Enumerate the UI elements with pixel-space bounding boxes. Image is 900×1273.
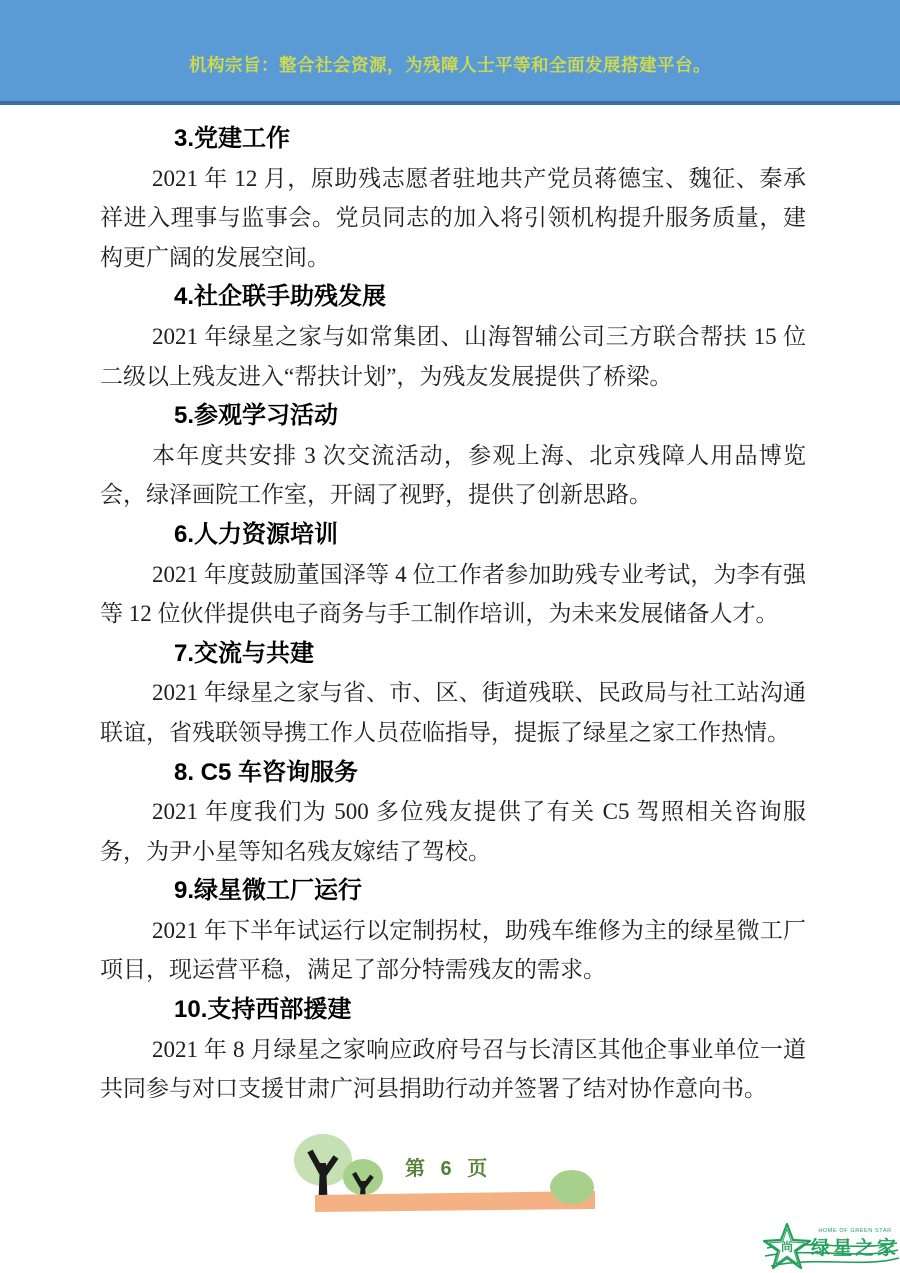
section-heading: 10.支持西部援建: [100, 990, 806, 1030]
section-heading: 4.社企联手助残发展: [100, 277, 806, 317]
section-study-visits: 5.参观学习活动 本年度共安排 3 次交流活动，参观上海、北京残障人用品博览会，…: [100, 396, 806, 515]
star-glyph: 尚: [781, 1239, 793, 1254]
section-heading: 7.交流与共建: [100, 634, 806, 674]
section-paragraph: 2021 年下半年试运行以定制拐杖，助残车维修为主的绿星微工厂项目，现运营平稳，…: [100, 911, 806, 990]
section-paragraph: 2021 年度鼓励董国泽等 4 位工作者参加助残专业考试，为李有强等 12 位伙…: [100, 555, 806, 634]
section-west-support: 10.支持西部援建 2021 年 8 月绿星之家响应政府号召与长清区其他企事业单…: [100, 990, 806, 1109]
section-heading: 6.人力资源培训: [100, 515, 806, 555]
logo-tagline: HOME OF GREEN STAR: [818, 1228, 891, 1234]
report-content: 3.党建工作 2021 年 12 月，原助残志愿者驻地共产党员蒋德宝、魏征、秦承…: [100, 119, 806, 1109]
section-hr-training: 6.人力资源培训 2021 年度鼓励董国泽等 4 位工作者参加助残专业考试，为李…: [100, 515, 806, 634]
section-heading: 9.绿星微工厂运行: [100, 871, 806, 911]
section-party-building: 3.党建工作 2021 年 12 月，原助残志愿者驻地共产党员蒋德宝、魏征、秦承…: [100, 119, 806, 277]
section-paragraph: 2021 年 12 月，原助残志愿者驻地共产党员蒋德宝、魏征、秦承祥进入理事与监…: [100, 159, 806, 278]
section-paragraph: 2021 年绿星之家与省、市、区、街道残联、民政局与社工站沟通联谊，省残联领导携…: [100, 673, 806, 752]
section-paragraph: 2021 年绿星之家与如常集团、山海智辅公司三方联合帮扶 15 位二级以上残友进…: [100, 317, 806, 396]
report-page: 机构宗旨：整合社会资源，为残障人士平等和全面发展搭建平台。 3.党建工作 202…: [0, 0, 900, 1273]
org-logo: 尚 HOME OF GREEN STAR 绿星之家: [763, 1198, 900, 1273]
page-number: 第 6 页: [405, 1152, 492, 1181]
green-star-logo: 尚 HOME OF GREEN STAR 绿星之家: [763, 1198, 900, 1273]
section-heading: 8. C5 车咨询服务: [100, 753, 806, 793]
org-motto-text: 机构宗旨：整合社会资源，为残障人士平等和全面发展搭建平台。: [0, 52, 900, 77]
section-paragraph: 2021 年度我们为 500 多位残友提供了有关 C5 驾照相关咨询服务，为尹小…: [100, 792, 806, 871]
section-exchange: 7.交流与共建 2021 年绿星之家与省、市、区、街道残联、民政局与社工站沟通联…: [100, 634, 806, 753]
section-enterprise-cooperation: 4.社企联手助残发展 2021 年绿星之家与如常集团、山海智辅公司三方联合帮扶 …: [100, 277, 806, 396]
bush: [550, 1170, 594, 1204]
logo-name: 绿星之家: [811, 1236, 899, 1259]
section-heading: 3.党建工作: [100, 119, 806, 159]
section-paragraph: 本年度共安排 3 次交流活动，参观上海、北京残障人用品博览会，绿泽画院工作室，开…: [100, 436, 806, 515]
section-paragraph: 2021 年 8 月绿星之家响应政府号召与长清区其他企事业单位一道共同参与对口支…: [100, 1030, 806, 1109]
section-heading: 5.参观学习活动: [100, 396, 806, 436]
section-c5-consulting: 8. C5 车咨询服务 2021 年度我们为 500 多位残友提供了有关 C5 …: [100, 753, 806, 872]
header-banner: 机构宗旨：整合社会资源，为残障人士平等和全面发展搭建平台。: [0, 0, 900, 105]
section-micro-factory: 9.绿星微工厂运行 2021 年下半年试运行以定制拐杖，助残车维修为主的绿星微工…: [100, 871, 806, 990]
